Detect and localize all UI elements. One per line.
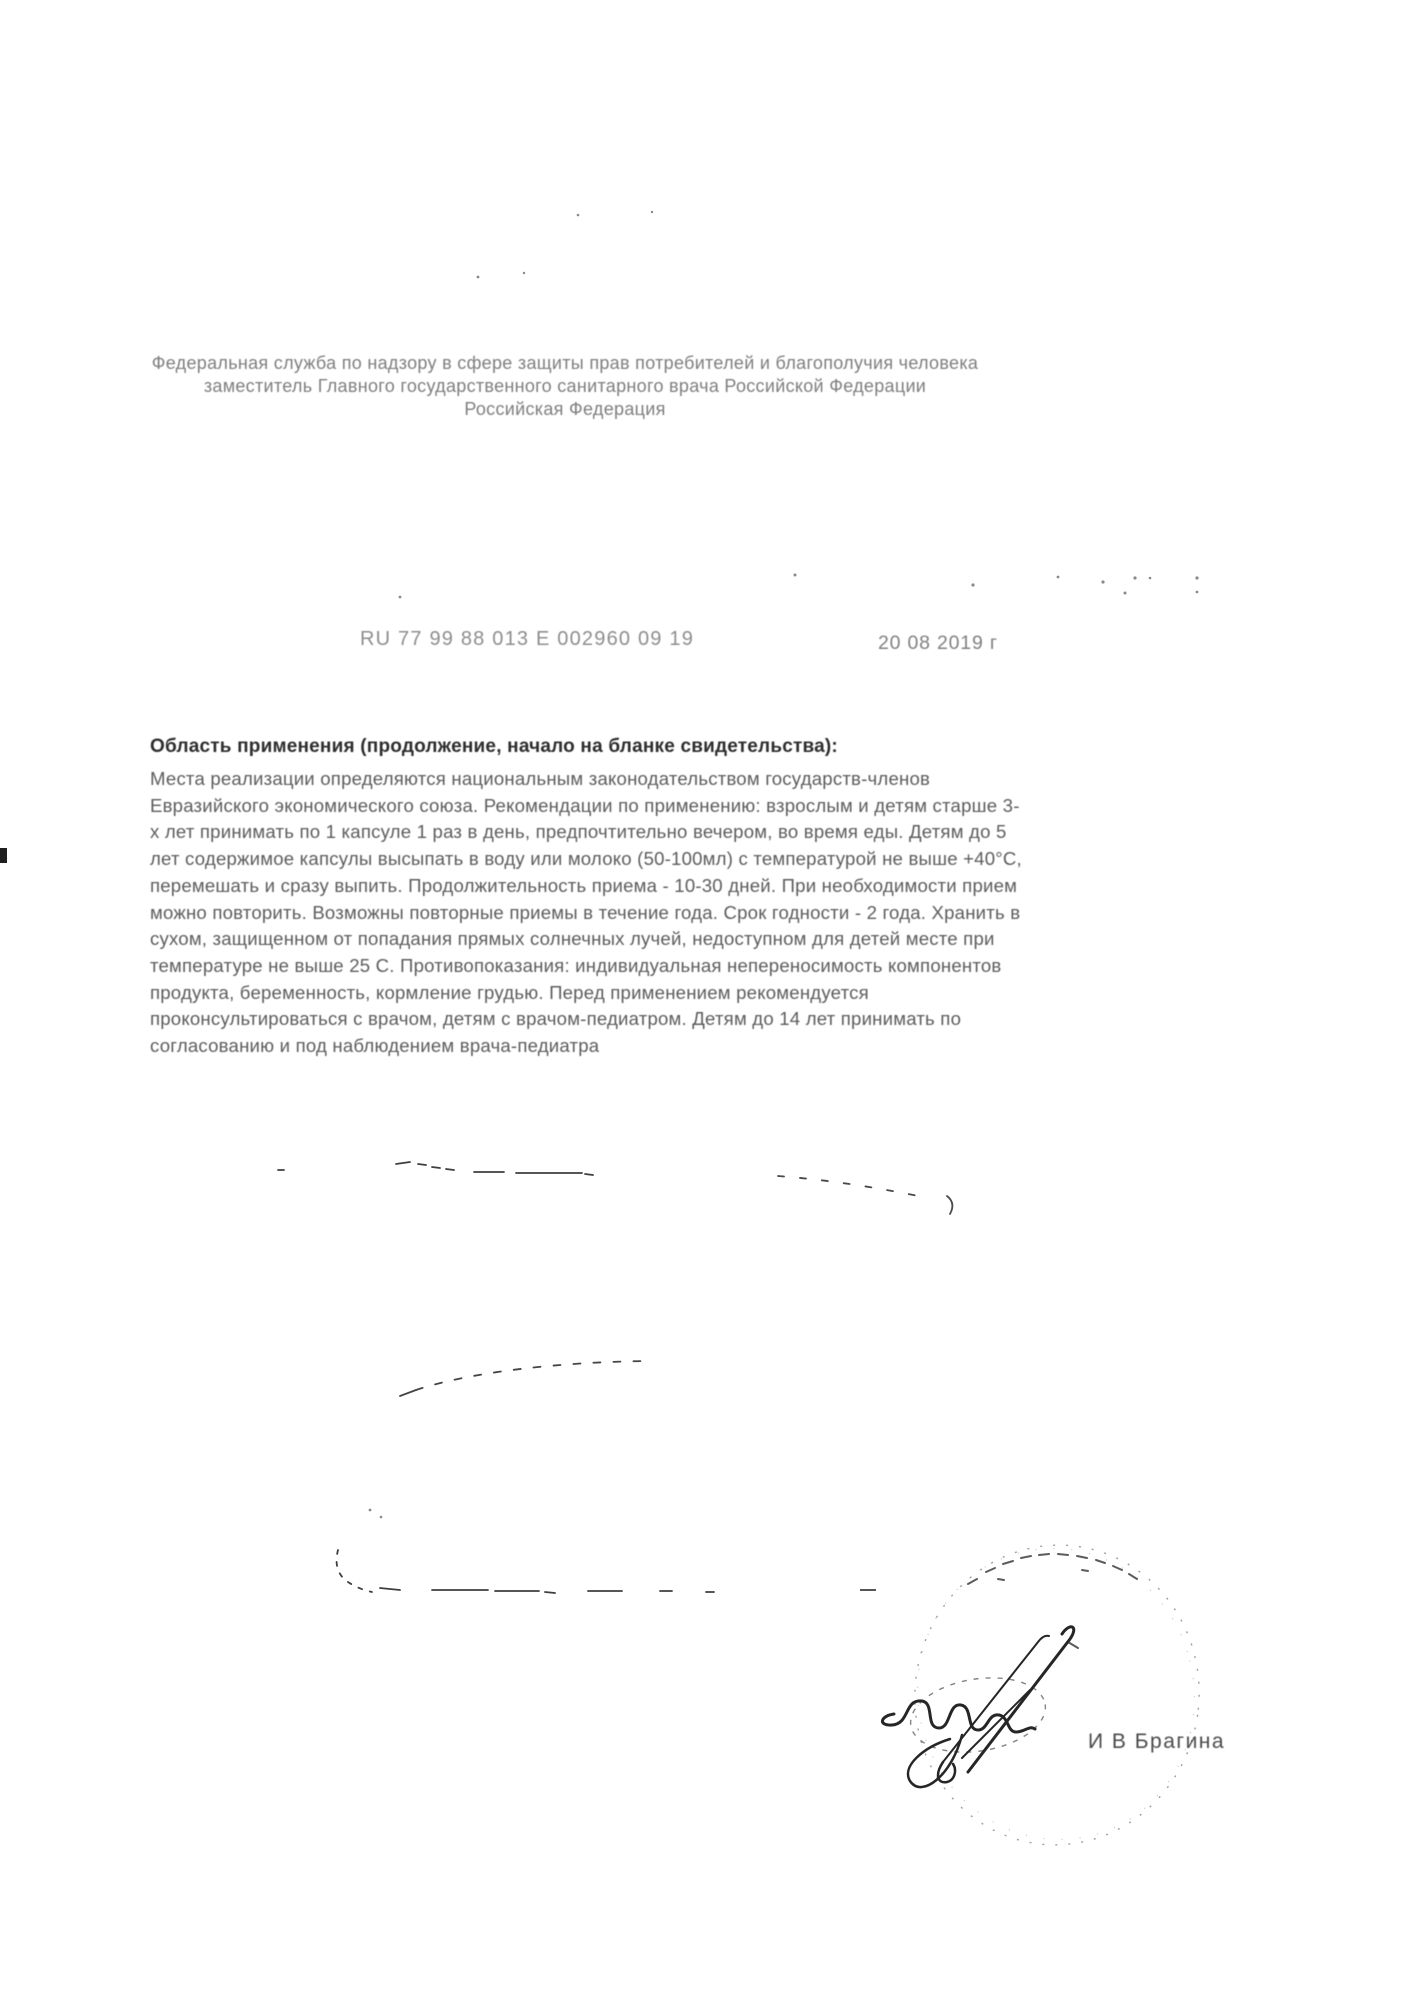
body-line: лет содержимое капсулы высыпать в воду и…: [150, 846, 1070, 873]
body-line: можно повторить. Возможны повторные прие…: [150, 900, 1070, 927]
body-line: согласованию и под наблюдением врача-пед…: [150, 1033, 1070, 1060]
body-line: перемешать и сразу выпить. Продолжительн…: [150, 873, 1070, 900]
body-line: Места реализации определяются национальн…: [150, 766, 1070, 793]
stamp-and-signature: [840, 1500, 1320, 1900]
stamp-outline-faint: [887, 1519, 1225, 1869]
body-line: Евразийского экономического союза. Реком…: [150, 793, 1070, 820]
fold-line-artifact-upper: [278, 1162, 593, 1175]
certificate-date: 20 08 2019 г: [878, 632, 998, 655]
stamp-arc-text-marks: [968, 1554, 1137, 1648]
document-letterhead: Федеральная служба по надзору в сфере за…: [150, 352, 980, 421]
certificate-number: RU 77 99 88 013 Е 002960 09 19: [360, 628, 694, 651]
signer-name: И В Брагина: [1088, 1730, 1225, 1754]
body-line: продукта, беременность, кормление грудью…: [150, 980, 1070, 1007]
fold-curve-artifact-right: [778, 1176, 952, 1214]
scanned-certificate-page: Федеральная служба по надзору в сфере за…: [0, 0, 1414, 2000]
fold-curve-artifact-lower: [337, 1550, 714, 1593]
stamp-outline: [896, 1527, 1219, 1864]
letterhead-line-authority: Федеральная служба по надзору в сфере за…: [150, 352, 980, 375]
body-line: сухом, защищенном от попадания прямых со…: [150, 926, 1070, 953]
signature-strokes: [882, 1627, 1073, 1787]
letterhead-line-country: Российская Федерация: [150, 398, 980, 421]
section-heading: Область применения (продолжение, начало …: [150, 736, 838, 758]
application-area-text: Места реализации определяются национальн…: [150, 766, 1070, 1060]
letterhead-line-official: заместитель Главного государственного са…: [150, 375, 980, 398]
body-line: х лет принимать по 1 капсуле 1 раз в ден…: [150, 819, 1070, 846]
body-line: температуре не выше 25 С. Противопоказан…: [150, 953, 1070, 980]
body-line: проконсультироваться с врачом, детям с в…: [150, 1006, 1070, 1033]
fold-curve-artifact-middle: [400, 1361, 648, 1396]
signature-oval: [905, 1669, 1051, 1761]
scan-edge-mark: [0, 848, 7, 863]
